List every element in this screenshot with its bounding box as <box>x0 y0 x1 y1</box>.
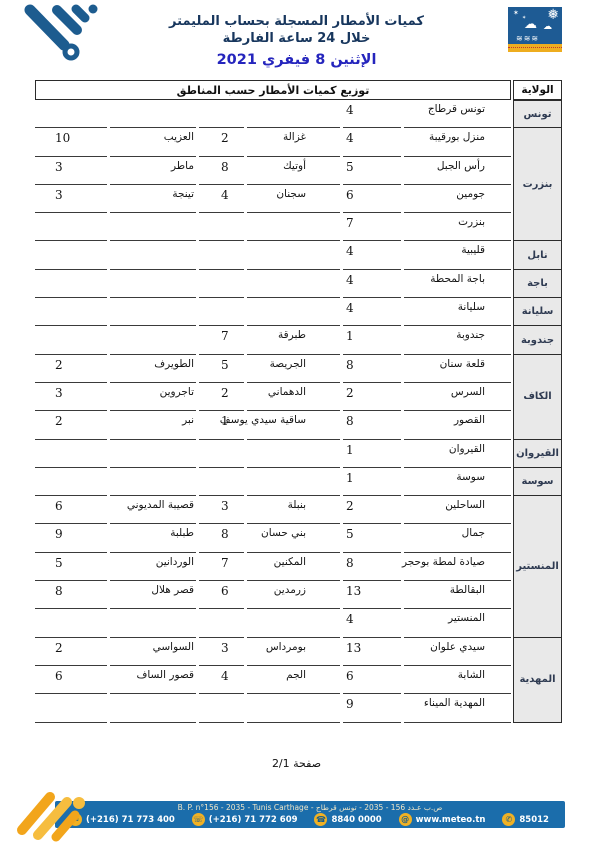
report-title-line1: كميات الأمطار المسجلة بحساب المليمتر <box>0 13 593 30</box>
rain-value-cell <box>199 213 244 241</box>
station-name-cell: بنزرت <box>404 213 511 241</box>
station-rows: سيدي علوان13بومرداس3السواسي2الشابة6الجم4… <box>35 638 511 723</box>
station-row: جندوبة1طبرقة7 <box>35 326 511 354</box>
wilaya-header-cell: الولاية <box>513 80 562 100</box>
station-rows: القيروان1 <box>35 440 511 468</box>
station-name-cell: العزيب <box>110 128 196 156</box>
report-page: { "header": { "title_line1": "كميات الأم… <box>0 0 593 842</box>
station-name-cell: البقالطة <box>404 581 511 609</box>
wilaya-cell: باجة <box>513 270 562 298</box>
rain-value-cell <box>35 213 107 241</box>
rain-value-cell <box>199 440 244 468</box>
station-name-cell: السواسي <box>110 638 196 666</box>
wilaya-group: نابلقليبية4 <box>35 241 562 269</box>
contact-sms: ✆ 85012 <box>502 813 549 826</box>
station-name-cell: أوتيك <box>247 157 340 185</box>
station-rows: سليانة4 <box>35 298 511 326</box>
wilaya-cell: جندوبة <box>513 326 562 354</box>
rain-value-cell: 9 <box>35 524 107 552</box>
wilaya-group: تونستونس قرطاج4 <box>35 100 562 128</box>
wilaya-group: سوسةسوسة1 <box>35 468 562 496</box>
station-name-cell: الطويرف <box>110 355 196 383</box>
wilaya-group: القيروانالقيروان1 <box>35 440 562 468</box>
sms-icon: ✆ <box>502 813 515 826</box>
station-name-cell <box>110 326 196 354</box>
station-name-cell: الدهماني <box>247 383 340 411</box>
station-rows: قليبية4 <box>35 241 511 269</box>
contact-sms-label: 85012 <box>519 815 549 825</box>
rain-value-cell: 6 <box>199 581 244 609</box>
wilaya-cell: نابل <box>513 241 562 269</box>
sun-cloud-icon: ☁ <box>524 18 537 31</box>
station-name-cell: الجم <box>247 666 340 694</box>
station-name-cell: طبرقة <box>247 326 340 354</box>
rain-value-cell: 4 <box>343 241 401 269</box>
contact-phone1-label: (+216) 71 773 400 <box>86 815 175 825</box>
rain-value-cell: 8 <box>199 157 244 185</box>
rain-value-cell: 1 <box>199 411 244 439</box>
rain-value-cell <box>35 298 107 326</box>
station-name-cell: سجنان <box>247 185 340 213</box>
station-name-cell: طبلبة <box>110 524 196 552</box>
contact-website-label: www.meteo.tn <box>416 815 486 825</box>
station-name-cell <box>247 468 340 496</box>
rain-value-cell: 2 <box>35 355 107 383</box>
station-name-cell: القيروان <box>404 440 511 468</box>
snowflake-icon: ❅ <box>547 8 559 22</box>
station-name-cell: نبر <box>110 411 196 439</box>
station-name-cell: تينجة <box>110 185 196 213</box>
rain-value-cell: 5 <box>343 157 401 185</box>
address-line: B. P. n°156 - 2035 - Tunis Carthage - ص.… <box>55 801 565 812</box>
rain-value-cell: 4 <box>343 609 401 637</box>
station-name-cell: تونس قرطاج <box>404 100 511 128</box>
station-name-cell: غزالة <box>247 128 340 156</box>
rain-value-cell <box>35 326 107 354</box>
station-name-cell: المهدية الميناء <box>404 694 511 722</box>
station-row: المهدية الميناء9 <box>35 694 511 722</box>
station-name-cell <box>247 440 340 468</box>
station-name-cell: قصر هلال <box>110 581 196 609</box>
station-row: تونس قرطاج4 <box>35 100 511 128</box>
rain-value-cell <box>199 468 244 496</box>
station-name-cell: المنستير <box>404 609 511 637</box>
rain-value-cell: 5 <box>343 524 401 552</box>
station-row: السرس2الدهماني2تاجروين3 <box>35 383 511 411</box>
station-row: سوسة1 <box>35 468 511 496</box>
station-name-cell: ماطر <box>110 157 196 185</box>
station-name-cell <box>247 213 340 241</box>
rain-value-cell: 8 <box>199 524 244 552</box>
station-row: الشابة6الجم4قصور الساف6 <box>35 666 511 694</box>
contact-website: @ www.meteo.tn <box>399 813 486 826</box>
station-name-cell <box>110 609 196 637</box>
rain-value-cell: 3 <box>35 185 107 213</box>
station-rows: قلعة سنان8الجريصة5الطويرف2السرس2الدهماني… <box>35 355 511 440</box>
meteo-yellow-logo <box>10 784 96 842</box>
rain-value-cell <box>35 468 107 496</box>
station-name-cell <box>247 609 340 637</box>
rain-value-cell: 2 <box>35 411 107 439</box>
inm-emblem-logo: ✶ ✶ ❅ ☁ ☁ ≋≋≋ <box>506 7 564 55</box>
rain-value-cell: 7 <box>343 213 401 241</box>
wilaya-group: باجةباجة المحطة4 <box>35 270 562 298</box>
station-rows: تونس قرطاج4 <box>35 100 511 128</box>
station-row: القيروان1 <box>35 440 511 468</box>
station-name-cell: قصور الساف <box>110 666 196 694</box>
distribution-header-cell: توزيع كميات الأمطار حسب المناطق <box>35 80 511 100</box>
rain-value-cell: 3 <box>199 638 244 666</box>
rain-value-cell: 5 <box>35 553 107 581</box>
station-name-cell: تاجروين <box>110 383 196 411</box>
station-row: قليبية4 <box>35 241 511 269</box>
wilaya-cell: بنزرت <box>513 128 562 241</box>
station-name-cell <box>110 468 196 496</box>
station-name-cell: سوسة <box>404 468 511 496</box>
station-name-cell: الساحلين <box>404 496 511 524</box>
rain-value-cell <box>199 270 244 298</box>
wilaya-cell: تونس <box>513 100 562 128</box>
station-name-cell: جومين <box>404 185 511 213</box>
station-name-cell <box>110 213 196 241</box>
station-name-cell: الوردانين <box>110 553 196 581</box>
station-rows: منزل بورقيبة4غزالة2العزيب10رأس الجبل5أوت… <box>35 128 511 241</box>
rain-value-cell: 4 <box>343 298 401 326</box>
station-rows: سوسة1 <box>35 468 511 496</box>
contact-callcenter-label: 8840 0000 <box>331 815 381 825</box>
rain-value-cell: 8 <box>343 553 401 581</box>
cloud-icon: ☁ <box>543 23 552 32</box>
station-row: باجة المحطة4 <box>35 270 511 298</box>
rain-value-cell <box>35 100 107 128</box>
rainfall-table: الولاية توزيع كميات الأمطار حسب المناطق … <box>35 80 562 723</box>
rain-value-cell: 6 <box>35 666 107 694</box>
station-row: القصور8ساقية سيدي يوسف1نبر2 <box>35 411 511 439</box>
rain-value-cell: 2 <box>343 496 401 524</box>
rain-value-cell: 2 <box>343 383 401 411</box>
station-rows: جندوبة1طبرقة7 <box>35 326 511 354</box>
station-row: جمال5بني حسان8طبلبة9 <box>35 524 511 552</box>
rain-value-cell: 2 <box>35 638 107 666</box>
rainfall-table-header: الولاية توزيع كميات الأمطار حسب المناطق <box>35 80 562 100</box>
report-date: الإثنين 8 فيفري 2021 <box>0 52 593 68</box>
waves-icon: ≋≋≋ <box>516 35 539 43</box>
station-row: سليانة4 <box>35 298 511 326</box>
rain-value-cell: 3 <box>35 383 107 411</box>
wilaya-group: بنزرتمنزل بورقيبة4غزالة2العزيب10رأس الجب… <box>35 128 562 241</box>
station-name-cell <box>110 270 196 298</box>
rain-value-cell <box>35 440 107 468</box>
station-name-cell: السرس <box>404 383 511 411</box>
station-row: الساحلين2بنبلة3قصيبة المديوني6 <box>35 496 511 524</box>
contact-items: ✉ (+216) 71 773 400 ☏ (+216) 71 772 609 … <box>55 812 565 826</box>
station-name-cell <box>247 270 340 298</box>
page-number: صفحة 2/1 <box>0 757 593 770</box>
rain-value-cell: 1 <box>343 468 401 496</box>
rain-value-cell: 3 <box>199 496 244 524</box>
rain-value-cell: 4 <box>343 128 401 156</box>
rain-value-cell: 8 <box>35 581 107 609</box>
station-name-cell <box>247 694 340 722</box>
station-name-cell: بني حسان <box>247 524 340 552</box>
station-name-cell <box>110 694 196 722</box>
station-name-cell: المكنين <box>247 553 340 581</box>
station-name-cell <box>247 241 340 269</box>
meteo-yellow-logo-graphic <box>10 784 96 842</box>
contact-fax-label: (+216) 71 772 609 <box>209 815 298 825</box>
station-name-cell: الجريصة <box>247 355 340 383</box>
rain-value-cell <box>199 694 244 722</box>
report-title-line2: خلال 24 ساعة الفارطة <box>0 30 593 47</box>
inm-emblem-band <box>508 44 562 52</box>
wilaya-cell: الكاف <box>513 355 562 440</box>
star-icon: ✶ <box>513 10 519 17</box>
station-rows: باجة المحطة4 <box>35 270 511 298</box>
rain-value-cell <box>199 298 244 326</box>
rain-value-cell: 1 <box>343 440 401 468</box>
phone-icon: ☎ <box>314 813 327 826</box>
rain-value-cell: 4 <box>343 270 401 298</box>
rain-value-cell: 5 <box>199 355 244 383</box>
rain-value-cell: 9 <box>343 694 401 722</box>
station-name-cell: منزل بورقيبة <box>404 128 511 156</box>
contact-fax: ☏ (+216) 71 772 609 <box>192 813 298 826</box>
station-name-cell: الشابة <box>404 666 511 694</box>
station-row: رأس الجبل5أوتيك8ماطر3 <box>35 157 511 185</box>
station-name-cell: صيادة لمطة بوحجر <box>404 553 511 581</box>
station-rows: الساحلين2بنبلة3قصيبة المديوني6جمال5بني ح… <box>35 496 511 637</box>
rain-value-cell <box>35 270 107 298</box>
station-name-cell: بومرداس <box>247 638 340 666</box>
rain-value-cell: 4 <box>199 666 244 694</box>
fax-icon: ☏ <box>192 813 205 826</box>
station-name-cell: زرمدين <box>247 581 340 609</box>
station-name-cell: ساقية سيدي يوسف <box>247 411 340 439</box>
station-name-cell <box>247 298 340 326</box>
station-row: منزل بورقيبة4غزالة2العزيب10 <box>35 128 511 156</box>
rain-value-cell: 4 <box>199 185 244 213</box>
wilaya-cell: المهدية <box>513 638 562 723</box>
station-name-cell: جمال <box>404 524 511 552</box>
globe-icon: @ <box>399 813 412 826</box>
station-name-cell: قصيبة المديوني <box>110 496 196 524</box>
rain-value-cell: 13 <box>343 638 401 666</box>
rain-value-cell: 6 <box>35 496 107 524</box>
rain-value-cell <box>35 694 107 722</box>
rain-value-cell: 6 <box>343 666 401 694</box>
station-name-cell: رأس الجبل <box>404 157 511 185</box>
station-name-cell: القصور <box>404 411 511 439</box>
station-name-cell: بنبلة <box>247 496 340 524</box>
rain-value-cell: 13 <box>343 581 401 609</box>
rain-value-cell: 1 <box>343 326 401 354</box>
report-title: كميات الأمطار المسجلة بحساب المليمتر خلا… <box>0 13 593 47</box>
wilaya-group: المنستيرالساحلين2بنبلة3قصيبة المديوني6جم… <box>35 496 562 637</box>
rain-value-cell <box>35 609 107 637</box>
station-name-cell: قلعة سنان <box>404 355 511 383</box>
station-row: سيدي علوان13بومرداس3السواسي2 <box>35 638 511 666</box>
station-row: صيادة لمطة بوحجر8المكنين7الوردانين5 <box>35 553 511 581</box>
rain-value-cell <box>199 241 244 269</box>
rain-value-cell <box>199 609 244 637</box>
rain-value-cell: 7 <box>199 553 244 581</box>
station-name-cell <box>110 440 196 468</box>
inm-emblem-sky: ✶ ✶ ❅ ☁ ☁ ≋≋≋ <box>508 7 562 44</box>
rain-value-cell: 2 <box>199 128 244 156</box>
wilaya-group: المهديةسيدي علوان13بومرداس3السواسي2الشاب… <box>35 638 562 723</box>
rain-value-cell: 10 <box>35 128 107 156</box>
rain-value-cell: 6 <box>343 185 401 213</box>
station-row: جومين6سجنان4تينجة3 <box>35 185 511 213</box>
station-name-cell: قليبية <box>404 241 511 269</box>
rain-value-cell: 8 <box>343 411 401 439</box>
wilaya-cell: سليانة <box>513 298 562 326</box>
station-row: قلعة سنان8الجريصة5الطويرف2 <box>35 355 511 383</box>
rain-value-cell: 3 <box>35 157 107 185</box>
wilaya-group: جندوبةجندوبة1طبرقة7 <box>35 326 562 354</box>
rain-table-body: تونستونس قرطاج4بنزرتمنزل بورقيبة4غزالة2ا… <box>35 100 562 723</box>
rain-value-cell: 2 <box>199 383 244 411</box>
rain-value-cell <box>199 100 244 128</box>
wilaya-group: الكافقلعة سنان8الجريصة5الطويرف2السرس2الد… <box>35 355 562 440</box>
station-name-cell <box>110 298 196 326</box>
rain-value-cell <box>35 241 107 269</box>
rain-value-cell: 7 <box>199 326 244 354</box>
station-name-cell: سيدي علوان <box>404 638 511 666</box>
station-row: البقالطة13زرمدين6قصر هلال8 <box>35 581 511 609</box>
station-name-cell <box>110 100 196 128</box>
station-name-cell <box>110 241 196 269</box>
rain-value-cell: 8 <box>343 355 401 383</box>
station-row: بنزرت7 <box>35 213 511 241</box>
wilaya-cell: سوسة <box>513 468 562 496</box>
wilaya-cell: القيروان <box>513 440 562 468</box>
contact-bar: B. P. n°156 - 2035 - Tunis Carthage - ص.… <box>55 801 565 828</box>
station-name-cell <box>247 100 340 128</box>
station-name-cell: سليانة <box>404 298 511 326</box>
station-name-cell: باجة المحطة <box>404 270 511 298</box>
wilaya-group: سليانةسليانة4 <box>35 298 562 326</box>
contact-callcenter: ☎ 8840 0000 <box>314 813 381 826</box>
station-name-cell: جندوبة <box>404 326 511 354</box>
wilaya-cell: المنستير <box>513 496 562 637</box>
station-row: المنستير4 <box>35 609 511 637</box>
rain-value-cell: 4 <box>343 100 401 128</box>
